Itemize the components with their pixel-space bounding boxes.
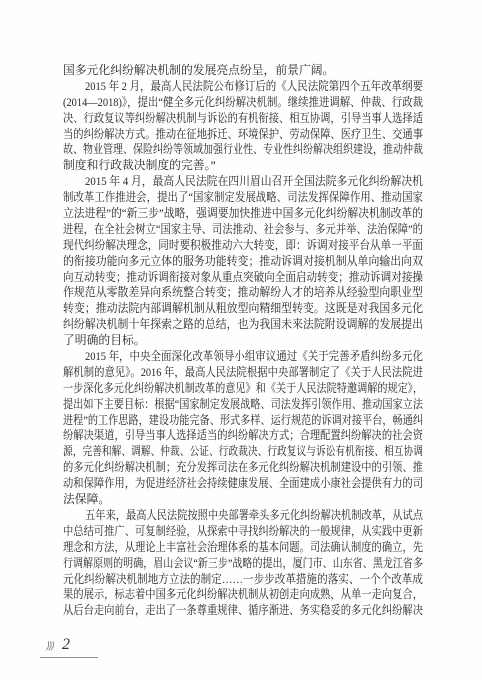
footer-chevrons-icon: ⟩⟩⟩ [45,641,55,652]
page-footer: ⟩⟩⟩ 2 [40,635,170,665]
text-line: 故、物业管理、保险纠纷等领域加强行业性、专业性纠纷解决组织建设，推动仲裁 [63,142,423,158]
text-line: 转变；推动法院内部调解机制从粗放型向精细型转变。这既是对我国多元化 [63,301,423,317]
text-line: 行调解原则的明确，眉山会议“新三步”战略的提出，厦门市、山东省、黑龙江省多 [63,556,423,572]
book-page: 国多元化纠纷解决机制的发展亮点纷呈，前景广阔。2015 年 2 月，最高人民法院… [0,0,482,680]
text-line: 源，完善和解、调解、仲裁、公证、行政裁决、行政复议与诉讼有机衔接、相互协调 [63,444,423,460]
text-line: 作规范从零散差异向系统整合转变；推动解纷人才的培养从经验型向职业型 [63,285,423,301]
text-line: 2015 年，中央全面深化改革领导小组审议通过《关于完善矛盾纠纷多元化 [63,349,423,365]
text-line: 的多元化纠纷解决机制；充分发挥司法在多元化纠纷解决机制建设中的引领、推 [63,460,423,476]
text-line: 法保障。 [63,492,423,508]
text-line: 动和保障作用，为促进经济社会持续健康发展、全面建成小康社会提供有力的司 [63,476,423,492]
text-line: 解机制的意见》。2016 年，最高人民法院根据中央部署制定了《关于人民法院进 [63,365,423,381]
text-line: 2015 年 4 月，最高人民法院在四川眉山召开全国法院多元化纠纷解决机 [63,174,423,190]
text-line: 进程”的工作思路，建设功能完备、形式多样、运行规范的诉调对接平台，畅通纠 [63,413,423,429]
text-line: 纷解决渠道，引导当事人选择适当的纠纷解决方式；合理配置纠纷解决的社会资 [63,428,423,444]
text-line: 中总结可推广、可复制经验，从探索中寻找纠纷解决的一般规律，从实践中更新 [63,524,423,540]
text-line: 进程，在全社会树立“国家主导、司法推动、社会参与、多元并举、法治保障”的 [63,222,423,238]
text-line: 了明确的目标。 [63,333,423,349]
text-line: 向互动转变；推动诉调衔接对象从重点突破向全面启动转变；推动诉调对接操 [63,270,423,286]
text-line: 的衔接功能向多元立体的服务功能转变；推动诉调对接机制从单向输出向双 [63,254,423,270]
text-line: 从后台走向前台，走出了一条尊重规律、循序渐进、务实稳妥的多元化纠纷解决 [63,603,423,619]
text-line: 一步深化多元化纠纷解决机制改革的意见》和《关于人民法院特邀调解的规定》， [63,381,423,397]
text-line: 纠纷解决机制十年探索之路的总结，也为我国未来法院附设调解的发展提出 [63,317,423,333]
footer-rule [40,657,98,658]
text-line: 当的纠纷解决方式。推动在征地拆迁、环境保护、劳动保障、医疗卫生、交通事 [63,127,423,143]
text-line: 元化纠纷解决机制地方立法的制定……一步步改革措施的落实、一个个改革成 [63,572,423,588]
text-line: 果的展示，标志着中国多元化纠纷解决机制从初创走向成熟，从单一走向复合， [63,587,423,603]
text-line: 五年来，最高人民法院按照中央部署牵头多元化纠纷解决机制改革，从试点 [63,508,423,524]
text-line: 立法进程”的“新三步”战略，强调要加快推进中国多元化纠纷解决机制改革的 [63,206,423,222]
text-line: 决、行政复议等纠纷解决机制与诉讼的有机衔接、相互协调，引导当事人选择适 [63,111,423,127]
text-line: 2015 年 2 月，最高人民法院公布修订后的《人民法院第四个五年改革纲要 [63,79,423,95]
text-line: 制改革工作推进会，提出了“国家制定发展战略、司法发挥保障作用、推动国家 [63,190,423,206]
page-number: 2 [62,636,70,654]
body-text: 国多元化纠纷解决机制的发展亮点纷呈，前景广阔。2015 年 2 月，最高人民法院… [63,63,423,619]
text-line: (2014—2018)》，提出“健全多元化纠纷解决机制。继续推进调解、仲裁、行政… [63,95,423,111]
text-line: 提出如下主要目标：根据“国家制定发展战略、司法发挥引领作用、推动国家立法 [63,397,423,413]
text-line: 理念和方法，从理论上丰富社会治理体系的基本问题。司法确认制度的确立，先 [63,540,423,556]
text-line: 国多元化纠纷解决机制的发展亮点纷呈，前景广阔。 [63,63,423,79]
text-line: 现代纠纷解决理念，同时要积极推动六大转变，即：诉调对接平台从单一平面 [63,238,423,254]
text-line: 制度和行政裁决制度的完善。” [63,158,423,174]
